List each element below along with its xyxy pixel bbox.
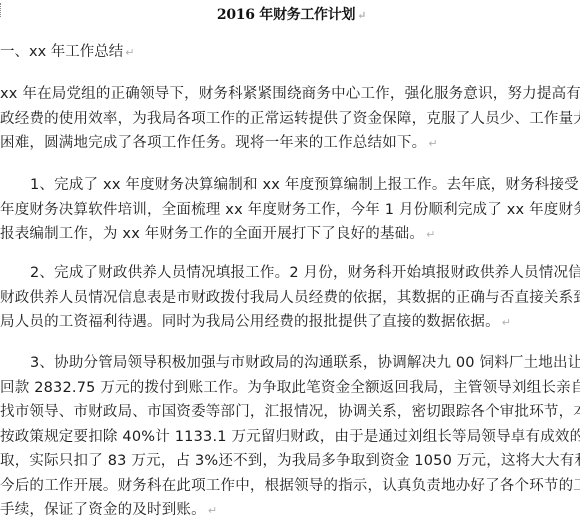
title-text: 2016 年财务工作计划 [217,7,355,23]
paragraph-mark-icon: ↵ [208,504,217,517]
section-heading: 一、xx 年工作总结↵ [0,42,135,63]
paragraph-line: 取，实际只扣了 83 万元，占 3%还不到，为我局多争取到资金 1050 万元，… [0,449,580,474]
paragraph-line-text: 手续，保证了资金的及时到账。 [0,502,206,518]
paragraph-line: 找市领导、市财政局、市国资委等部门，汇报情况，协调关系，密切跟踪各个审批环节，本… [0,400,580,425]
paragraph-line-last: 手续，保证了资金的及时到账。↵ [0,498,580,524]
paragraph-line-text: 报表编制工作，为 xx 年财务工作的全面开展打下了良好的基础。 [0,226,424,242]
paragraph-line-last: 局人员的工资福利待遇。同时为我局公用经费的报批提供了直接的数据依据。↵ [0,310,580,336]
paragraph-mark-icon: ↵ [426,228,435,241]
paragraph-line-last: 困难，圆满地完成了各项工作任务。现将一年来的工作总结如下。↵ [0,131,580,157]
paragraph-line-last: 报表编制工作，为 xx 年财务工作的全面开展打下了良好的基础。↵ [0,222,580,248]
document-page: 2016 年财务工作计划↵ 一、xx 年工作总结↵ xx 年在局党组的正确领导下… [0,0,583,525]
paragraph-item-3: 3、协助分管局领导积极加强与市财政局的沟通联系，协调解决九 00 饲料厂土地出让… [0,351,580,524]
paragraph-item-2: 2、完成了财政供养人员情况填报工作。2 月份，财务科开始填报财政供养人员情况信息… [0,261,580,336]
paragraph-mark-icon: ↵ [428,137,437,150]
paragraph-line: xx 年在局党组的正确领导下，财务科紧紧围绕商务中心工作，强化服务意识，努力提高… [0,82,580,107]
document-title: 2016 年财务工作计划↵ [0,5,583,26]
paragraph-line: 1、完成了 xx 年度财务决算编制和 xx 年度预算编制上报工作。去年底，财务科… [0,173,580,198]
paragraph-line: 2、完成了财政供养人员情况填报工作。2 月份，财务科开始填报财政供养人员情况信息… [0,261,580,286]
paragraph-line-text: 困难，圆满地完成了各项工作任务。现将一年来的工作总结如下。 [0,135,426,151]
paragraph-item-1: 1、完成了 xx 年度财务决算编制和 xx 年度预算编制上报工作。去年底，财务科… [0,173,580,248]
paragraph-mark-icon: ↵ [125,46,134,59]
paragraph-intro: xx 年在局党组的正确领导下，财务科紧紧围绕商务中心工作，强化服务意识，努力提高… [0,82,580,157]
paragraph-line: 财政供养人员情况信息表是市财政拨付我局人员经费的依据，其数据的正确与否直接关系到… [0,286,580,311]
paragraph-line: 回款 2832.75 万元的拨付到账工作。为争取此笔资金全额返回我局，主管领导刘… [0,376,580,401]
paragraph-line: 按政策规定要扣除 40%计 1133.1 万元留归财政，由于是通过刘组长等局领导… [0,425,580,450]
paragraph-mark-icon: ↵ [357,9,366,22]
paragraph-line: 今后的工作开展。财务科在此项工作中，根据领导的指示，认真负责地办好了各个环节的工… [0,474,580,499]
paragraph-line: 政经费的使用效率，为我局各项工作的正常运转提供了资金保障，克服了人员少、工作量大… [0,107,580,132]
paragraph-line-text: 局人员的工资福利待遇。同时为我局公用经费的报批提供了直接的数据依据。 [0,314,500,330]
section-heading-text: 一、xx 年工作总结 [0,44,123,60]
paragraph-line: 3、协助分管局领导积极加强与市财政局的沟通联系，协调解决九 00 饲料厂土地出让… [0,351,580,376]
paragraph-mark-icon: ↵ [502,316,511,329]
paragraph-line: 年度财务决算软件培训，全面梳理 xx 年度财务工作，今年 1 月份顺利完成了 x… [0,198,580,223]
